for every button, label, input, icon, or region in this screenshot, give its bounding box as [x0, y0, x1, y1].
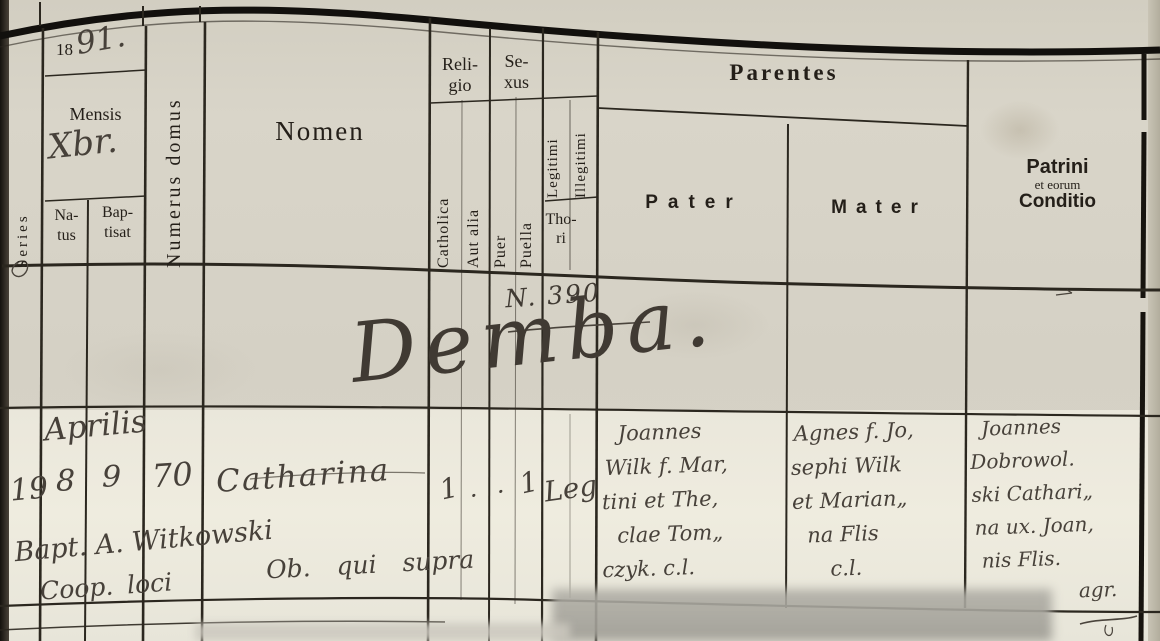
- puer-column-header: Puer: [492, 208, 510, 268]
- religio-line1: Reli-: [430, 54, 490, 75]
- baptism-register-page: Series 18 91. Mensis Xbr. Na-tus Bap-tis…: [0, 0, 1160, 641]
- catholica-column-header: Catholica: [435, 148, 453, 268]
- record-series-number: 19: [9, 470, 50, 508]
- numerus-domus-column-header: Numerus domus: [163, 83, 186, 268]
- baptisat-line2: tisat: [89, 223, 146, 243]
- record-mother-entry: Agnes f. Jo, sephi Wilk et Marian„ na Fl…: [789, 411, 969, 587]
- puella-column-header: Puella: [518, 183, 536, 268]
- mother-line: c.l.: [794, 547, 969, 587]
- thori-line2: ri: [541, 229, 581, 248]
- sexus-line1: Se-: [490, 51, 543, 72]
- sexus-group-header: Se-xus: [490, 51, 543, 92]
- nomen-column-header: Nomen: [210, 116, 430, 147]
- record-father-entry: Joannes Wilk f. Mar, tini et The, clae T…: [597, 411, 793, 588]
- record-house-number: 70: [151, 455, 194, 496]
- aut-alia-column-header: Aut alia: [465, 158, 483, 268]
- sexus-line2: xus: [490, 72, 543, 93]
- patrini-line3: Conditio: [975, 192, 1140, 213]
- illegitimi-column-header: Illegitimi: [573, 86, 590, 198]
- baptisat-column-header: Bap-tisat: [89, 203, 146, 243]
- record-natus-day: 8: [56, 464, 75, 499]
- patrini-line1: Patrini: [975, 156, 1140, 178]
- natus-line1: Na-: [45, 206, 88, 226]
- record-puer-mark: ·: [497, 478, 505, 506]
- natus-column-header: Na-tus: [45, 206, 88, 246]
- blurred-region: [195, 623, 570, 641]
- year-printed-prefix: 18: [56, 40, 73, 60]
- record-godparents-entry: Joannes Dobrowol. ski Cathari„ na ux. Jo…: [969, 407, 1148, 611]
- record-baptisat-day: 9: [102, 460, 121, 495]
- series-column-header: Series: [15, 148, 32, 268]
- mater-column-header: Mater: [790, 197, 968, 219]
- thori-line1: Tho-: [541, 210, 581, 229]
- thori-group-header: Tho-ri: [541, 210, 581, 248]
- baptisat-line1: Bap-: [89, 203, 146, 223]
- record-aut-alia-mark: ·: [470, 482, 478, 510]
- legitimi-column-header: Legitimi: [545, 103, 562, 198]
- father-line: czyk. c.l.: [602, 547, 793, 588]
- religio-group-header: Reli-gio: [430, 54, 490, 95]
- religio-line2: gio: [430, 75, 490, 96]
- patrini-line2: et eorum: [975, 178, 1140, 192]
- blurred-region: [552, 589, 1052, 641]
- pater-column-header: Pater: [600, 192, 788, 214]
- natus-line2: tus: [45, 226, 88, 246]
- mensis-handwritten-month: Xbr.: [46, 120, 119, 167]
- parentes-group-header: Parentes: [600, 60, 968, 86]
- patrini-column-header: Patrini et eorum Conditio: [975, 156, 1140, 213]
